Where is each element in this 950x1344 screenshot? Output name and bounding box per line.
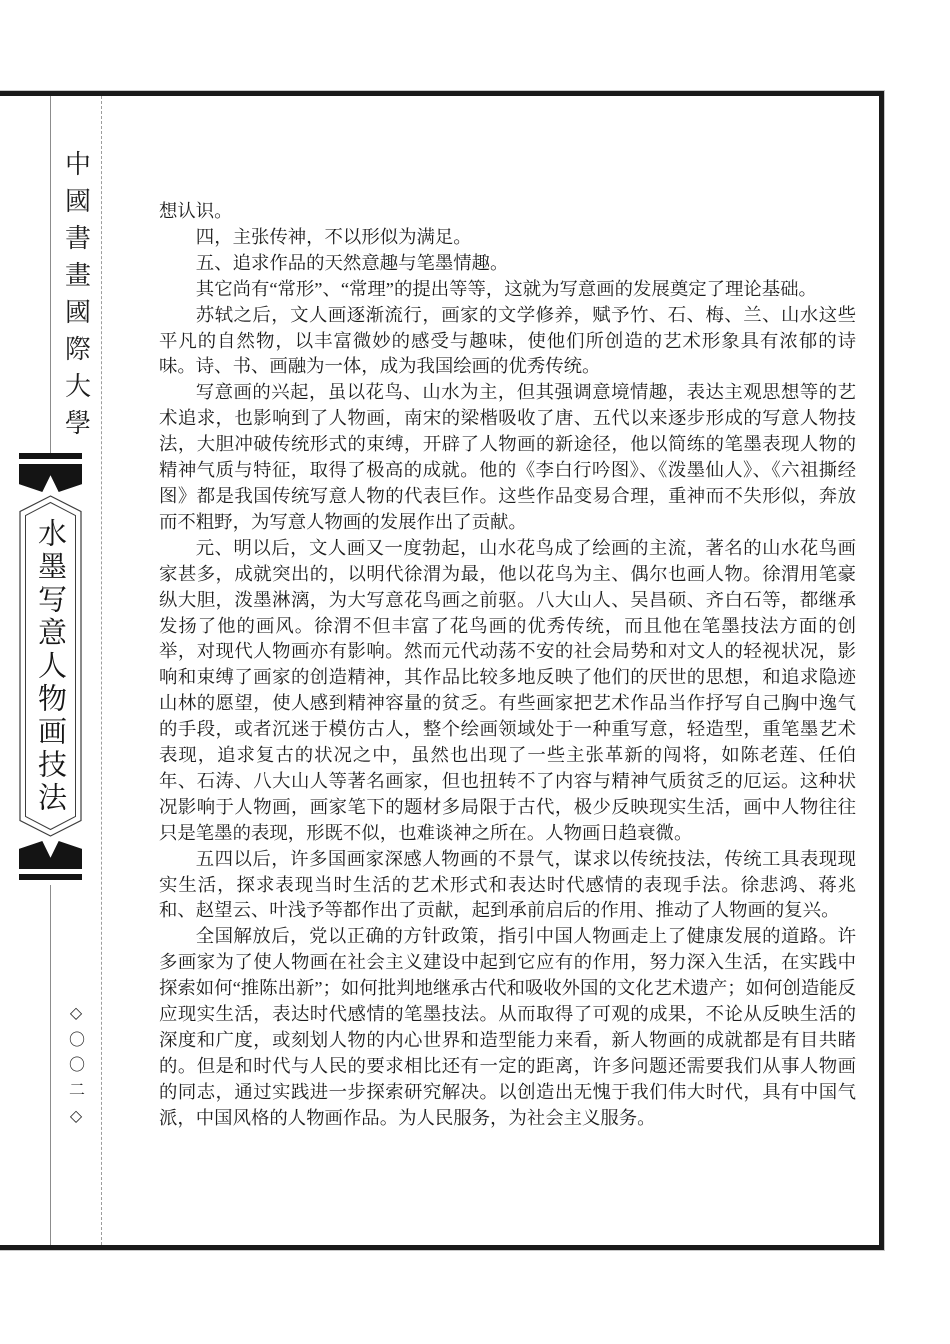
paragraph: 五、追求作品的天然意趣与笔墨情趣。: [159, 251, 856, 277]
paragraph: 元、明以后，文人画又一度勃起，山水花鸟成了绘画的主流，著名的山水花鸟画家甚多，成…: [159, 536, 856, 847]
paragraph: 全国解放后，党以正确的方针政策，指引中国人物画走上了健康发展的道路。许多画家为了…: [159, 924, 856, 1131]
ribbon-bottom-banner: [19, 841, 82, 869]
ribbon-top-banner: [19, 464, 82, 492]
paragraph: 其它尚有“常形”、“常理”的提出等等，这就为写意画的发展奠定了理论基础。: [159, 277, 856, 303]
paragraph: 写意画的兴起，虽以花鸟、山水为主，但其强调意境情趣，表达主观思想等的艺术追求，也…: [159, 380, 856, 535]
scanned-book-page: 中國書畫國際大學 水墨写意人物画技法 ◇〇〇二◇ 想认识。 四，主张传神，不以形…: [0, 0, 950, 1344]
main-body-text: 想认识。 四，主张传神，不以形似为满足。 五、追求作品的天然意趣与笔墨情趣。 其…: [159, 199, 856, 1132]
page-number-column: ◇〇〇二◇: [49, 1003, 102, 1133]
institution-text: 中國書畫國際大學: [63, 150, 89, 455]
page-number-text: ◇〇〇二◇: [68, 1003, 84, 1133]
book-title-vertical: 水墨写意人物画技法: [36, 518, 65, 815]
ribbon-top-bar: [19, 453, 82, 459]
paragraph: 四，主张传神，不以形似为满足。: [159, 225, 856, 251]
paragraph: 苏轼之后，文人画逐渐流行，画家的文学修养，赋予竹、石、梅、兰、山水这些平凡的自然…: [159, 303, 856, 381]
ribbon-bottom-bar: [19, 874, 82, 880]
institution-vertical-title: 中國書畫國際大學: [49, 150, 102, 455]
title-hexagon-frame: 水墨写意人物画技法: [19, 495, 82, 837]
paragraph: 五四以后，许多国画家深感人物画的不景气，谋求以传统技法，传统工具表现现实生活，探…: [159, 847, 856, 925]
paragraph: 想认识。: [159, 199, 856, 225]
title-cartouche: 水墨写意人物画技法: [19, 453, 82, 885]
